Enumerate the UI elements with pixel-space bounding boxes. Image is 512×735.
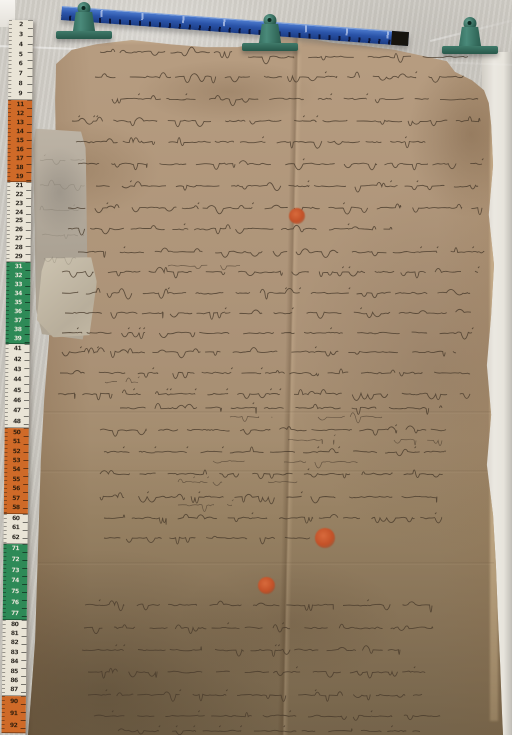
ruler-number: 60 xyxy=(12,516,19,522)
wax-seal xyxy=(289,208,305,224)
ruler-band: 212223242526272829 xyxy=(6,182,31,262)
ruler-number: 81 xyxy=(11,631,18,637)
ruler-number: 55 xyxy=(12,477,19,483)
ruler-number: 12 xyxy=(16,111,23,117)
ruler-number: 51 xyxy=(13,439,20,445)
ruler-number: 54 xyxy=(13,468,20,474)
ruler-number: 62 xyxy=(12,535,19,541)
ruler-number: 41 xyxy=(14,346,21,352)
clip-base xyxy=(242,43,298,51)
ruler-number: 38 xyxy=(14,327,21,333)
side-ruler-tape: 2345678911121314151617181921222324252627… xyxy=(2,20,33,735)
ruler-number: 8 xyxy=(18,81,22,87)
ruler-number: 25 xyxy=(15,219,22,225)
ruler-number: 6 xyxy=(19,62,23,68)
ruler-number: 87 xyxy=(10,687,17,693)
ruler-number: 29 xyxy=(15,254,22,260)
ruler-number: 18 xyxy=(16,165,23,171)
ruler-band: 313233343536373839 xyxy=(6,262,31,344)
clip-base xyxy=(56,31,112,39)
ruler-band: 909192 xyxy=(2,696,26,733)
ruler-band: 23456789 xyxy=(8,20,33,100)
manuscript-paper xyxy=(28,28,504,735)
ruler-number: 17 xyxy=(16,156,23,162)
ruler-number: 58 xyxy=(12,505,19,511)
ruler-number: 11 xyxy=(16,102,23,108)
ruler-number: 4 xyxy=(19,42,23,48)
ruler-number: 9 xyxy=(18,91,22,97)
ruler-number: 91 xyxy=(10,711,17,717)
ruler-number: 85 xyxy=(10,669,17,675)
ruler-number: 27 xyxy=(15,236,22,242)
paper-fold-line xyxy=(38,411,495,414)
ruler-number: 3 xyxy=(19,32,23,38)
paper-center-crease xyxy=(278,35,304,735)
ruler-number: 84 xyxy=(11,659,18,665)
top-tape-measure xyxy=(61,6,409,46)
ruler-number: 76 xyxy=(11,600,18,606)
ruler-number: 2 xyxy=(19,22,23,28)
ruler-number: 31 xyxy=(15,264,22,270)
ruler-number: 45 xyxy=(13,388,20,394)
repair-patch-flap xyxy=(36,255,98,340)
clip-base xyxy=(442,46,498,54)
ruler-number: 61 xyxy=(12,526,19,532)
ruler-number: 92 xyxy=(10,723,17,729)
ruler-number: 16 xyxy=(16,147,23,153)
ruler-number: 43 xyxy=(14,367,21,373)
ruler-number: 5 xyxy=(19,52,23,58)
ruler-number: 48 xyxy=(13,419,20,425)
ruler-number: 77 xyxy=(11,611,18,617)
ruler-number: 34 xyxy=(14,291,21,297)
ruler-band: 606162 xyxy=(4,514,28,544)
ruler-number: 56 xyxy=(12,486,19,492)
ruler-number: 26 xyxy=(15,227,22,233)
ruler-number: 52 xyxy=(13,449,20,455)
ruler-number: 13 xyxy=(16,120,23,126)
ruler-number: 39 xyxy=(14,336,21,342)
ruler-band: 8081828384858687 xyxy=(2,620,27,696)
wax-seal xyxy=(315,528,335,548)
ruler-number: 42 xyxy=(14,357,21,363)
wax-seal xyxy=(258,577,275,594)
ruler-number: 14 xyxy=(16,129,23,135)
ruler-number: 57 xyxy=(12,496,19,502)
ruler-number: 47 xyxy=(13,409,20,415)
ruler-number: 75 xyxy=(11,589,18,595)
ruler-band: 4142434445464748 xyxy=(5,344,30,428)
ruler-number: 72 xyxy=(12,557,19,563)
ruler-number: 73 xyxy=(12,568,19,574)
ruler-number: 86 xyxy=(10,678,17,684)
ruler-band: 71727374757677 xyxy=(3,544,28,620)
ruler-number: 53 xyxy=(13,458,20,464)
ruler-number: 32 xyxy=(15,273,22,279)
ruler-number: 44 xyxy=(14,377,21,383)
paper-fold-line xyxy=(38,562,495,565)
ruler-number: 90 xyxy=(10,699,17,705)
tape-end-cap xyxy=(391,31,409,46)
ruler-number: 46 xyxy=(13,398,20,404)
ruler-number: 50 xyxy=(13,430,20,436)
ruler-number: 36 xyxy=(14,309,21,315)
ruler-number: 83 xyxy=(11,650,18,656)
ruler-number: 23 xyxy=(15,201,22,207)
ruler-number: 35 xyxy=(14,300,21,306)
ruler-number: 19 xyxy=(16,174,23,180)
ruler-number: 28 xyxy=(15,245,22,251)
ruler-band: 505152535455565758 xyxy=(4,428,29,514)
paper-fold-line xyxy=(38,470,495,473)
ruler-number: 7 xyxy=(19,71,23,77)
ruler-number: 80 xyxy=(11,622,18,628)
ruler-number: 21 xyxy=(16,183,23,189)
ruler-number: 33 xyxy=(15,282,22,288)
ruler-number: 15 xyxy=(16,138,23,144)
ruler-band: 111213141516171819 xyxy=(7,100,32,182)
photo-stage: 2345678911121314151617181921222324252627… xyxy=(0,0,512,735)
ruler-number: 37 xyxy=(14,318,21,324)
ruler-number: 24 xyxy=(15,210,22,216)
ruler-number: 74 xyxy=(11,579,18,585)
ruler-number: 22 xyxy=(15,192,22,198)
ruler-number: 71 xyxy=(12,546,19,552)
ruler-number: 82 xyxy=(11,640,18,646)
